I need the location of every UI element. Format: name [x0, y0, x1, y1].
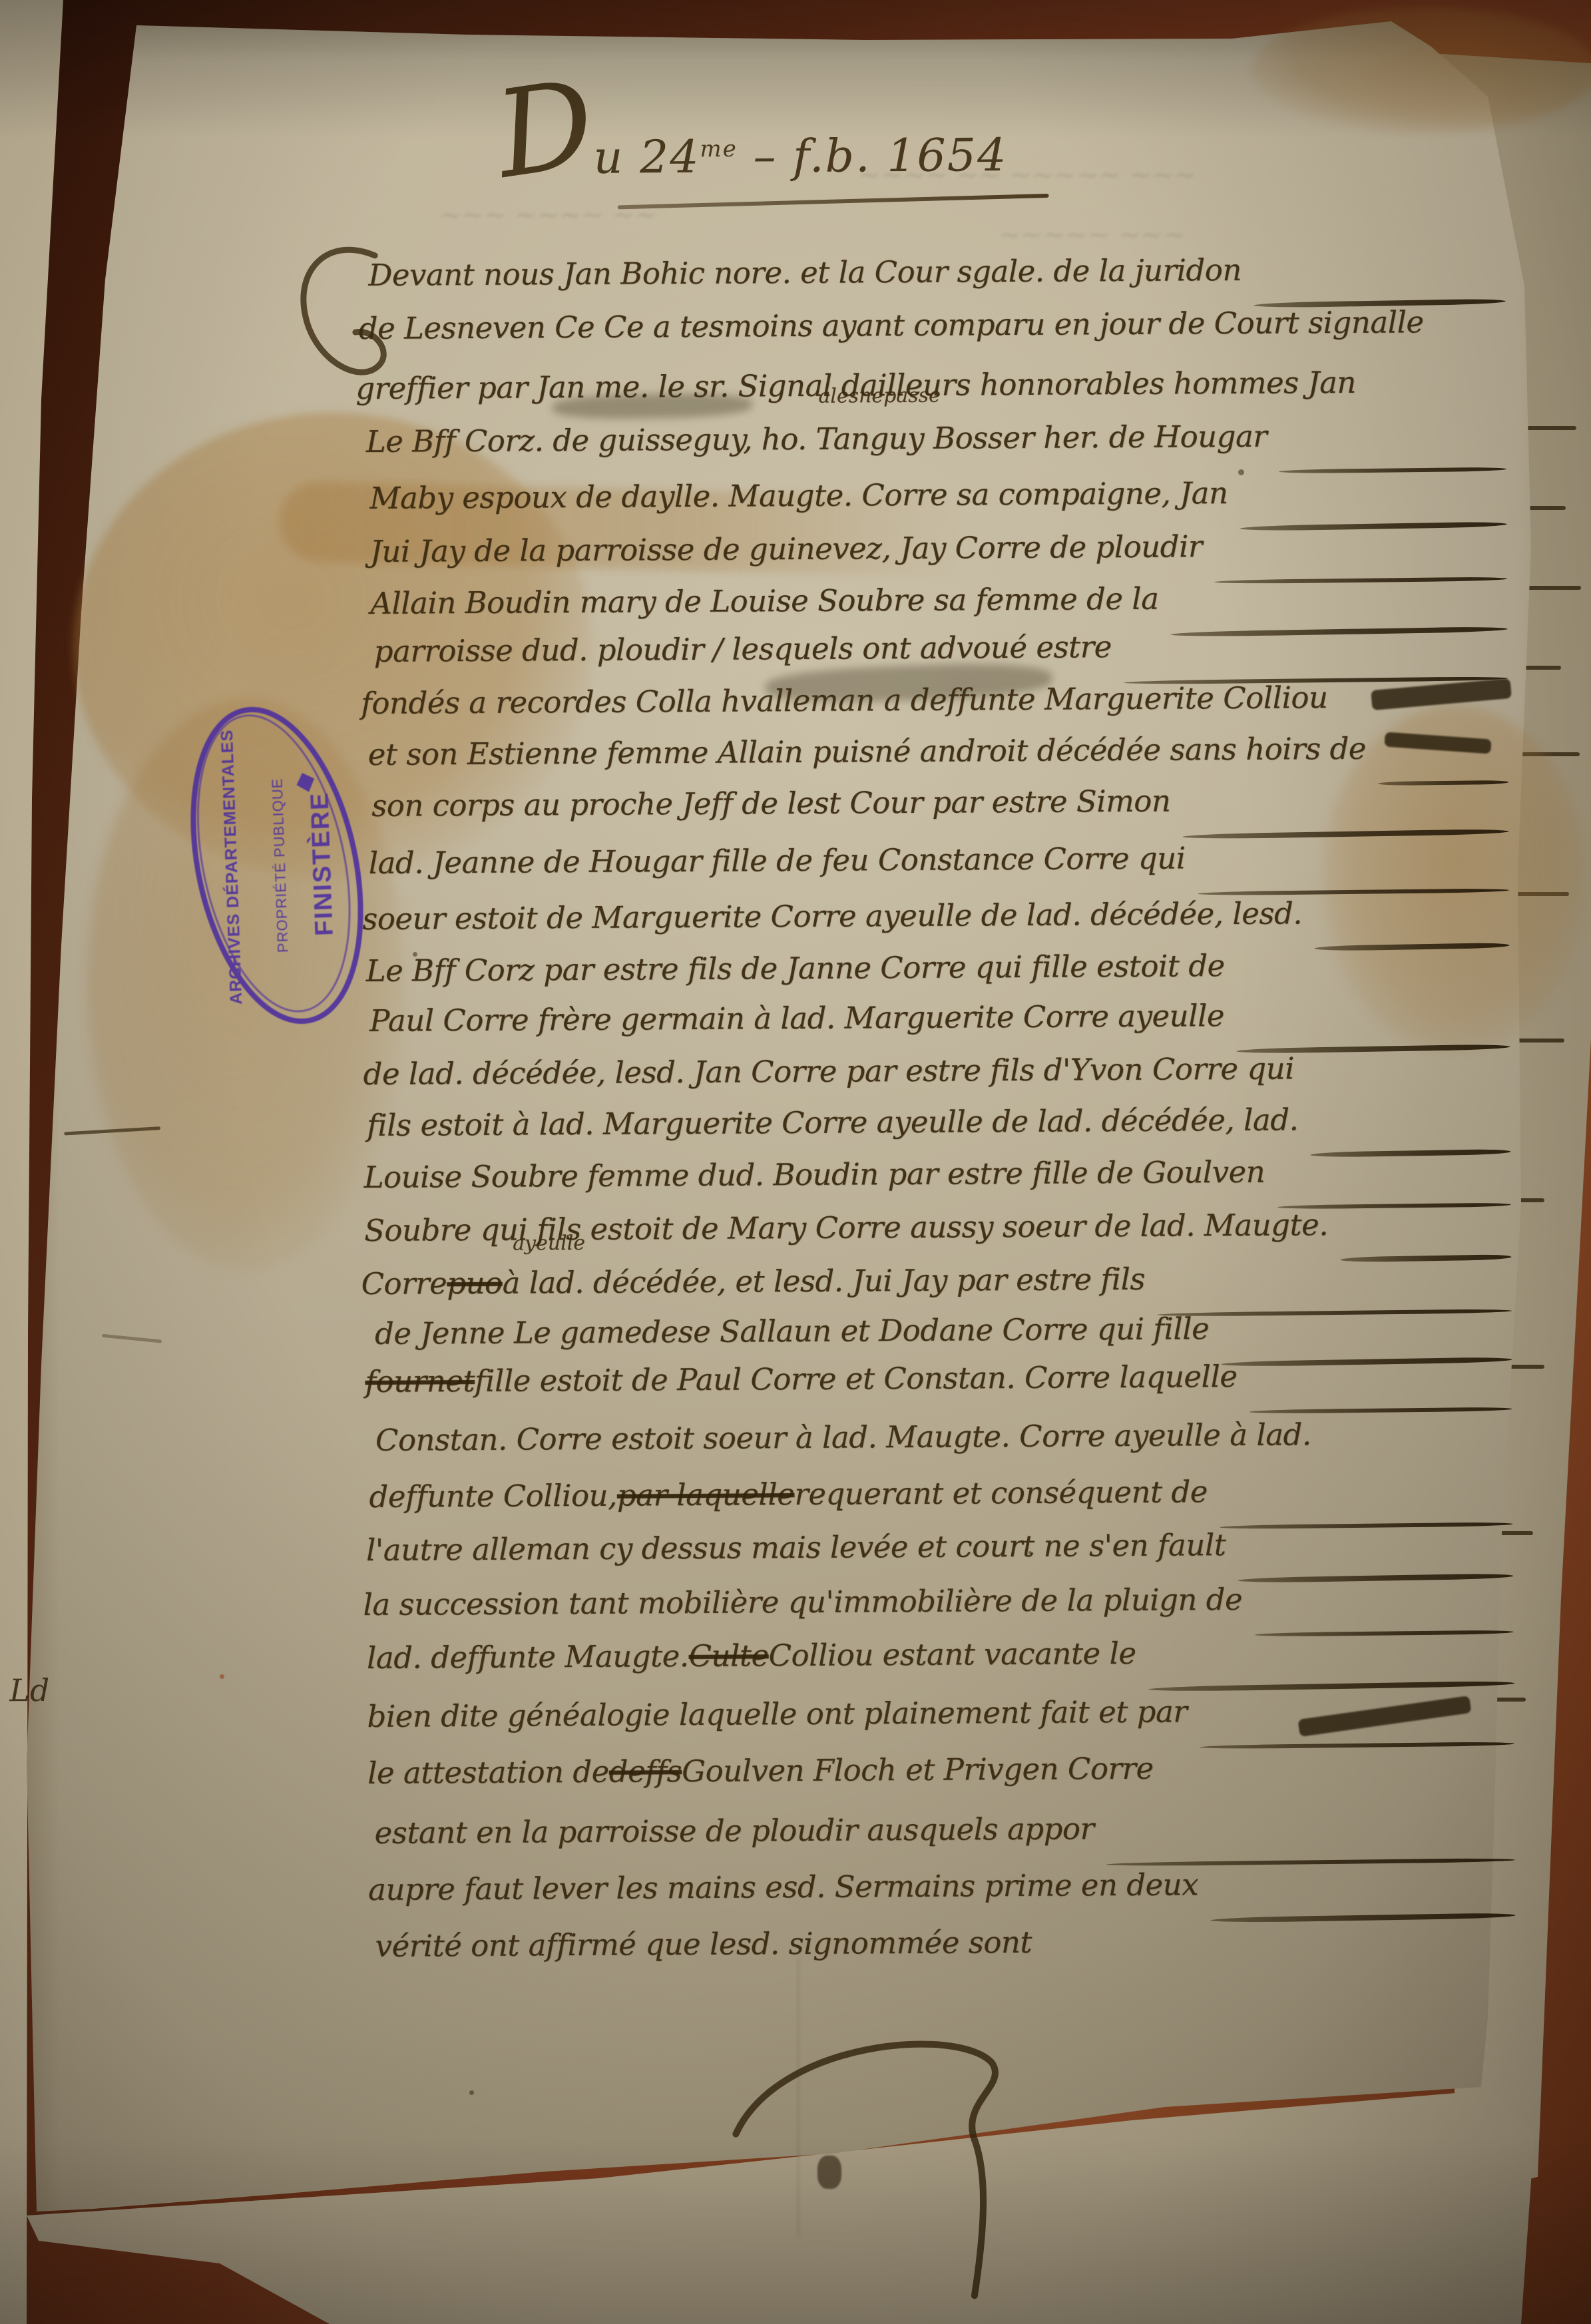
manuscript-line: lad. Jeanne de Hougar fille de feu Const… [369, 833, 1518, 887]
line-end-flourish [1310, 1128, 1510, 1130]
photograph-of-manuscript: ~~~~ ~~ ~~~~~ ~~~ ~~~ ~~~~ ~~ ~~~~~ ~~~ … [0, 0, 1591, 2324]
line-end-flourish [1148, 1661, 1514, 1663]
manuscript-line: Corre puo à lad. décédée, et lesd. Jui J… [361, 1254, 1520, 1307]
line-text: et son Estienne femme Allain puisné andr… [368, 726, 1367, 778]
line-end-flourish [1220, 1500, 1513, 1502]
line-text: fils estoit à lad. Marguerite Corre ayeu… [367, 1096, 1299, 1149]
line-end-flourish [1124, 654, 1508, 657]
line-text: lad. Jeanne de Hougar fille de feu Const… [369, 835, 1186, 886]
stamp-center-small-text: PROPRIÉTÉ PUBLIQUE [268, 778, 291, 953]
line-end-flourish [1106, 1836, 1515, 1839]
line-end-flourish [1199, 1720, 1514, 1722]
struck-text: puo [447, 1260, 503, 1307]
line-end-flourish [1198, 866, 1509, 868]
manuscript-line: vérité ont affirmé que lesd. signommée s… [375, 1919, 1032, 1970]
struck-text: fournet [365, 1358, 475, 1405]
line-end-flourish [1214, 555, 1507, 557]
interlineation: ayeulle [513, 1232, 585, 1256]
manuscript-line: Jui Jay de la parroisse de guinevez, Jay… [370, 521, 1516, 575]
line-text: la succession tant mobilière qu'immobili… [363, 1576, 1242, 1628]
line-text: Colliou estant vacante le [768, 1630, 1136, 1679]
manuscript-line: fils estoit à lad. Marguerite Corre ayeu… [367, 1095, 1520, 1149]
manuscript-line: Le Bff Corz. de guisseguy, ho. Tanguy Bo… [366, 411, 1516, 465]
line-text: Soubre qui fils estoit de Mary Corre aus… [364, 1202, 1328, 1254]
line-text: le attestation de [367, 1749, 609, 1797]
line-text: Le Bff Corz par estre fils de Janne Corr… [366, 943, 1225, 995]
heading-underline [618, 194, 1049, 210]
manuscript-line: parroisse dud. ploudir / lesquels ont ad… [374, 621, 1517, 674]
line-end-flourish [1240, 501, 1507, 503]
interlineation: alesnepasse [818, 384, 941, 408]
line-text: requerant et conséquent de [794, 1469, 1208, 1518]
manuscript-line: le attestation de deffs Goulven Floch et… [367, 1745, 1154, 1797]
line-end-flourish [1253, 278, 1505, 280]
line-text: estant en la parroisse de ploudir ausque… [374, 1805, 1094, 1857]
notarial-paraph [672, 2009, 1073, 2305]
manuscript-line: Allain Boudin mary de Louise Soubre sa f… [370, 573, 1516, 627]
heading-text: u 24me – f.b. 1654 [593, 129, 1007, 184]
margin-dash [64, 1126, 160, 1135]
manuscript-line: de lad. décédée, lesd. Jan Corre par est… [363, 1045, 1294, 1098]
line-text: Devant nous Jan Bohic nore. et la Cour s… [368, 247, 1242, 299]
line-text: fondés a recordes Colla hvalleman a deff… [361, 674, 1328, 727]
line-end-flourish [1254, 1608, 1513, 1609]
line-end-flourish [1238, 1553, 1513, 1555]
line-text: de lad. décédée, lesd. Jan Corre par est… [363, 1045, 1294, 1098]
line-text: Constan. Corre estoit soeur à lad. Maugt… [375, 1411, 1311, 1464]
line-text: Le Bff Corz. de guisseguy, ho. Tanguy Bo… [366, 413, 1267, 465]
manuscript-line: fondés a recordes Colla hvalleman a deff… [361, 674, 1328, 727]
line-end-flourish [1182, 809, 1508, 811]
margin-dash [102, 1334, 162, 1343]
line-text: Jui Jay de la parroisse de guinevez, Jay… [370, 523, 1202, 575]
manuscript-line: de Jenne Le gamedese Sallaun et Dodane C… [375, 1303, 1521, 1357]
date-heading: D u 24me – f.b. 1654 [497, 77, 1008, 185]
line-end-flourish [1157, 1287, 1512, 1289]
line-end-flourish [1277, 1180, 1510, 1182]
line-text: Corre [361, 1260, 447, 1307]
line-end-flourish [1221, 1337, 1512, 1339]
manuscript-line: estant en la parroisse de ploudir ausque… [374, 1803, 1524, 1857]
manuscript-line: lad. deffunte Maugte. Culte Colliou esta… [367, 1628, 1523, 1682]
struck-text: Culte [688, 1632, 768, 1680]
line-end-flourish [1210, 1893, 1515, 1895]
manuscript-text-block: Devant nous Jan Bohic nore. et la Cour s… [0, 0, 1585, 5]
line-text: soeur estoit de Marguerite Corre ayeulle… [362, 890, 1302, 943]
stamp-ring-text: ARCHIVES DÉPARTEMENTALES [217, 729, 246, 1005]
line-end-flourish [1250, 1385, 1512, 1386]
line-end-flourish [1171, 606, 1508, 608]
manuscript-line: aupre faut lever les mains esd. Sermains… [368, 1859, 1524, 1913]
manuscript-line: fournet fille estoit de Paul Corre et Co… [365, 1351, 1521, 1405]
heading-year: f.b. 1654 [793, 129, 1008, 183]
manuscript-line: Le Bff Corz par estre fils de Janne Corr… [366, 943, 1225, 995]
line-text: deffunte Colliou, [369, 1473, 617, 1520]
line-end-flourish [1279, 445, 1506, 446]
line-text: à lad. décédée, et lesd. Jui Jay par est… [502, 1256, 1145, 1307]
struck-text: deffs [609, 1748, 682, 1795]
heading-initial: D [491, 74, 600, 186]
line-text: bien dite généalogie laquelle ont plaine… [367, 1688, 1187, 1740]
manuscript-line: bien dite généalogie laquelle ont plaine… [367, 1686, 1523, 1740]
line-text: aupre faut lever les mains esd. Sermains… [368, 1861, 1198, 1913]
line-end-flourish [1340, 1234, 1511, 1235]
manuscript-line: Maby espoux de daylle. Maugte. Corre sa … [369, 468, 1516, 522]
manuscript-line: son corps au proche Jeff de lest Cour pa… [371, 776, 1518, 829]
line-text: vérité ont affirmé que lesd. signommée s… [375, 1919, 1032, 1970]
line-text: l'autre alleman cy dessus mais levée et … [366, 1522, 1226, 1574]
line-text: parroisse dud. ploudir / lesquels ont ad… [374, 624, 1112, 675]
line-end-flourish [1314, 922, 1509, 923]
line-text: Paul Corre frère germain à lad. Margueri… [369, 993, 1224, 1045]
ink-layer: D u 24me – f.b. 1654 Devant nous Jan Boh… [0, 0, 1591, 2324]
manuscript-line: Paul Corre frère germain à lad. Margueri… [369, 991, 1519, 1045]
line-text: Louise Soubre femme dud. Boudin par estr… [363, 1149, 1265, 1201]
manuscript-line: de Lesneven Ce Ce a tesmoins ayant compa… [359, 299, 1424, 352]
margin-note: Ld [9, 1672, 49, 1708]
line-text: Goulven Floch et Privgen Corre [682, 1745, 1154, 1795]
manuscript-line: l'autre alleman cy dessus mais levée et … [366, 1520, 1522, 1574]
heading-day: u 24 [593, 131, 700, 184]
heading-superscript: me [700, 136, 738, 162]
manuscript-line: soeur estoit de Marguerite Corre ayeulle… [362, 889, 1518, 943]
line-text: son corps au proche Jeff de lest Cour pa… [371, 778, 1171, 829]
line-end-flourish [1236, 1024, 1510, 1026]
stamp-diamond-mark [294, 771, 317, 794]
line-text: Allain Boudin mary de Louise Soubre sa f… [370, 576, 1159, 627]
manuscript-line: Devant nous Jan Bohic nore. et la Cour s… [368, 245, 1514, 299]
manuscript-line: deffunte Colliou, par laquelle requerant… [369, 1467, 1522, 1520]
line-text: de Lesneven Ce Ce a tesmoins ayant compa… [359, 299, 1424, 352]
manuscript-line: Louise Soubre femme dud. Boudin par estr… [363, 1147, 1520, 1201]
line-text: Maby espoux de daylle. Maugte. Corre sa … [369, 470, 1228, 522]
line-end-flourish [1378, 758, 1508, 758]
line-text: fille estoit de Paul Corre et Constan. C… [475, 1353, 1238, 1405]
manuscript-line: la succession tant mobilière qu'immobili… [363, 1574, 1522, 1628]
line-text: de Jenne Le gamedese Sallaun et Dodane C… [375, 1305, 1210, 1357]
manuscript-line: Constan. Corre estoit soeur à lad. Maugt… [375, 1411, 1311, 1464]
stamp-center-bold-text: FINISTÈRE [304, 792, 339, 937]
line-text: lad. deffunte Maugte. [367, 1633, 689, 1682]
manuscript-line: et son Estienne femme Allain puisné andr… [368, 724, 1518, 778]
struck-text: par laquelle [617, 1471, 795, 1519]
